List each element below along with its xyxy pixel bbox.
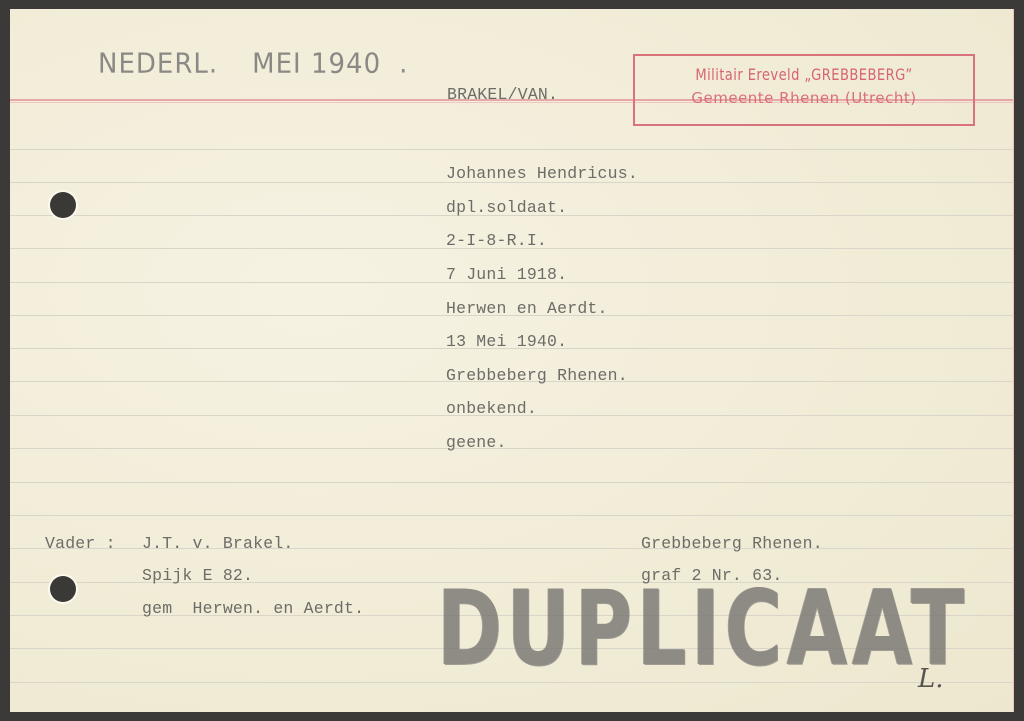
father-municipality: gem Herwen. en Aerdt. — [142, 599, 364, 618]
archive-card: NEDERL.MEI 1940. BRAKEL/VAN. Militair Er… — [10, 9, 1014, 712]
duplicate-stamp: DUPLICAAT — [437, 575, 763, 683]
handwritten-initial: L. — [918, 664, 944, 694]
death-date: 13 Mei 1940. — [446, 332, 567, 351]
cemetery-stamp-line1: Militair Ereveld „GREBBEBERG” — [665, 65, 942, 84]
punch-hole-top — [50, 192, 76, 218]
father-address: Spijk E 82. — [142, 566, 253, 585]
cemetery-stamp-line2: Gemeente Rhenen (Utrecht) — [635, 89, 973, 107]
father-name: J.T. v. Brakel. — [142, 534, 294, 553]
stamp-month: MEI — [252, 48, 302, 80]
stamp-country: NEDERL. — [98, 48, 218, 80]
unit: 2-I-8-R.I. — [446, 231, 547, 250]
birth-place: Herwen en Aerdt. — [446, 299, 608, 318]
right-margin-line — [1013, 9, 1014, 712]
stamp-trailing: . — [399, 48, 408, 80]
ruled-line — [10, 515, 1014, 516]
cemetery-stamp: Militair Ereveld „GREBBEBERG” Gemeente R… — [633, 54, 975, 126]
date-stamp: NEDERL.MEI 1940. — [98, 48, 408, 80]
cause: onbekend. — [446, 399, 537, 418]
ruled-line — [10, 482, 1014, 483]
given-names: Johannes Hendricus. — [446, 164, 638, 183]
surname: BRAKEL/VAN. — [447, 85, 558, 104]
stamp-year: 1940 — [311, 48, 381, 80]
ruled-line — [10, 448, 1014, 449]
remarks: geene. — [446, 433, 507, 452]
punch-hole-bottom — [50, 576, 76, 602]
death-place: Grebbeberg Rhenen. — [446, 366, 628, 385]
father-label: Vader : — [45, 534, 116, 553]
ruled-line — [10, 149, 1014, 150]
birth-date: 7 Juni 1918. — [446, 265, 567, 284]
rank: dpl.soldaat. — [446, 198, 567, 217]
grave-location: Grebbeberg Rhenen. — [641, 534, 823, 553]
